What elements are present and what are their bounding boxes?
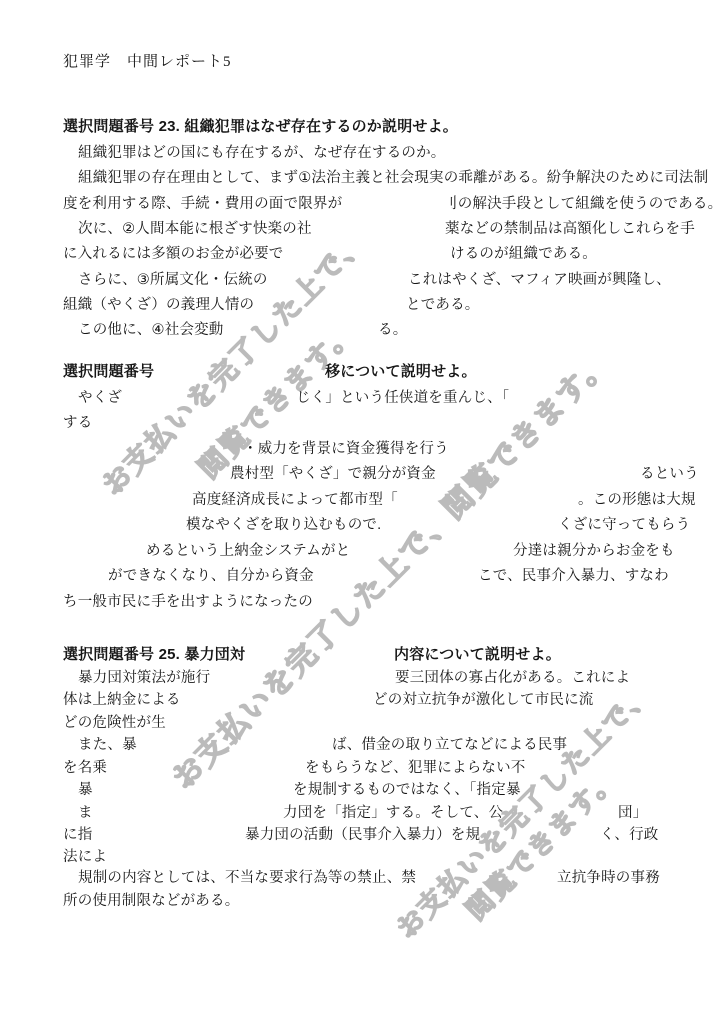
document-line: また、暴ば、借金の取り立てなどによる民事 <box>0 735 724 757</box>
document-line: 法によ <box>0 847 724 869</box>
text-fragment: また、暴 <box>78 735 137 755</box>
document-line: 暴力団対策法が施行要三団体の寡占化がある。これによ <box>0 668 724 690</box>
text-fragment: ま <box>78 803 93 823</box>
document-line: 選択問題番号移について説明せよ。 <box>0 362 724 384</box>
text-fragment: けるのが組織である。 <box>450 244 597 264</box>
text-fragment: 刂の解決手段として組織を使うのである。 <box>443 194 722 214</box>
text-fragment: を名乗 <box>63 758 107 778</box>
document-line: 模なやくざを取り込むもので.くざに守ってもらう <box>0 515 724 537</box>
document-line: 体は上納金によるどの対立抗争が激化して市民に流 <box>0 690 724 712</box>
document-line: めるという上納金システムがと分達は親分からお金をも <box>0 541 724 563</box>
document-line: さらに、③所属文化・伝統のこれはやくざ、マフィア映画が興隆し、 <box>0 270 724 292</box>
document-line: に入れるには多額のお金が必要でけるのが組織である。 <box>0 244 724 266</box>
text-fragment: る。 <box>378 320 407 340</box>
text-fragment: るという <box>640 464 699 484</box>
document-line: 農村型「やくざ」で親分が資金るという <box>0 464 724 486</box>
text-fragment: 薬などの禁制品は高額化しこれらを手 <box>445 219 695 239</box>
document-line: 所の使用制限などがある。 <box>0 891 724 913</box>
text-fragment: 度を利用する際、手続・費用の面で限界が <box>63 194 342 214</box>
text-fragment: 規制の内容としては、不当な要求行為等の禁止、禁 <box>78 868 416 888</box>
text-fragment: どの対立抗争が激化して市民に流 <box>373 690 594 710</box>
text-fragment: 暴力団の活動（民事介入暴力）を規 <box>245 825 480 845</box>
text-fragment: 高度経済成長によって都市型「 <box>192 490 398 510</box>
document-line: 組織犯罪の存在理由として、まず①法治主義と社会現実の乖離がある。紛争解決のために… <box>0 168 724 190</box>
document-line: やくざじく」という任侠道を重んじ、「 <box>0 388 724 410</box>
document-line: この他に、④社会変動る。 <box>0 320 724 342</box>
document-line: 暴を規制するものではなく、「指定暴 <box>0 780 724 802</box>
text-fragment: ち一般市民に手を出すようになったの <box>63 592 313 612</box>
text-fragment: 要三団体の寡占化がある。これによ <box>395 668 630 688</box>
text-fragment: ができなくなり、自分から資金 <box>108 566 314 586</box>
document-line: 度を利用する際、手続・費用の面で限界が刂の解決手段として組織を使うのである。 <box>0 194 724 216</box>
text-fragment: 選択問題番号 23. 組織犯罪はなぜ存在するのか説明せよ。 <box>63 117 458 137</box>
document-line: 選択問題番号 23. 組織犯罪はなぜ存在するのか説明せよ。 <box>0 117 724 139</box>
document-line: 規制の内容としては、不当な要求行為等の禁止、禁立抗争時の事務 <box>0 868 724 890</box>
text-fragment: 組織犯罪の存在理由として、まず①法治主義と社会現実の乖離がある。紛争解決のために… <box>78 168 708 188</box>
text-fragment: さらに、③所属文化・伝統の <box>78 270 268 290</box>
text-fragment: を規制するものではなく、「指定暴 <box>293 780 521 800</box>
text-fragment: 組織犯罪はどの国にも存在するが、なぜ存在するのか。 <box>78 143 446 163</box>
text-fragment: に入れるには多額のお金が必要で <box>63 244 284 264</box>
text-fragment: 模なやくざを取り込むもので. <box>186 515 381 535</box>
text-fragment: ば、借金の取り立てなどによる民事 <box>332 735 567 755</box>
text-fragment: をもらうなど、犯罪によらない不 <box>305 758 526 778</box>
text-fragment: 体は上納金による <box>63 690 181 710</box>
document-line: 高度経済成長によって都市型「。この形態は大規 <box>0 490 724 512</box>
text-fragment: めるという上納金システムがと <box>146 541 350 561</box>
text-fragment: とである。 <box>406 295 480 315</box>
text-fragment: 選択問題番号 25. 暴力団対 <box>63 645 245 665</box>
text-fragment: 次に、②人間本能に根ざす快楽の社 <box>78 219 312 239</box>
text-fragment: こで、民事介入暴力、すなわ <box>478 566 669 586</box>
text-fragment: 選択問題番号 <box>63 362 154 382</box>
text-fragment: 。この形態は大規 <box>578 490 696 510</box>
text-fragment: 法によ <box>63 847 107 867</box>
document-line: ・威力を背景に資金獲得を行う <box>0 439 724 461</box>
text-fragment: 団」 <box>618 803 647 823</box>
text-fragment: 分達は親分からお金をも <box>513 541 675 561</box>
document-page: 犯罪学 中間レポート5 選択問題番号 23. 組織犯罪はなぜ存在するのか説明せよ… <box>0 0 724 1024</box>
text-fragment: これはやくざ、マフィア映画が興隆し、 <box>408 270 671 290</box>
report-title: 犯罪学 中間レポート5 <box>63 50 232 71</box>
text-fragment: 移について説明せよ。 <box>325 362 477 382</box>
document-line: 選択問題番号 25. 暴力団対内容について説明せよ。 <box>0 645 724 667</box>
text-fragment: く、行政 <box>600 825 659 845</box>
document-line: に指暴力団の活動（民事介入暴力）を規く、行政 <box>0 825 724 847</box>
document-line: 組織（やくざ）の義理人情のとである。 <box>0 295 724 317</box>
text-fragment: じく」という任侠道を重んじ、「 <box>296 388 509 408</box>
text-fragment: 暴力団対策法が施行 <box>78 668 210 688</box>
text-fragment: この他に、④社会変動 <box>78 320 224 340</box>
text-fragment: くざに守ってもらう <box>558 515 690 535</box>
document-line: ができなくなり、自分から資金こで、民事介入暴力、すなわ <box>0 566 724 588</box>
text-fragment: 組織（やくざ）の義理人情の <box>63 295 254 315</box>
document-line: ま力団を「指定」する。そして、公団」 <box>0 803 724 825</box>
document-line: 組織犯罪はどの国にも存在するが、なぜ存在するのか。 <box>0 143 724 165</box>
document-line: を名乗をもらうなど、犯罪によらない不 <box>0 758 724 780</box>
text-fragment: 暴 <box>78 780 93 800</box>
text-fragment: 所の使用制限などがある。 <box>63 891 239 911</box>
text-fragment: する <box>63 413 92 433</box>
text-fragment: 立抗争時の事務 <box>557 868 660 888</box>
text-fragment: 力団を「指定」する。そして、公 <box>283 803 503 823</box>
text-fragment: 農村型「やくざ」で親分が資金 <box>230 464 436 484</box>
text-fragment: やくざ <box>78 388 122 408</box>
text-fragment: ・威力を背景に資金獲得を行う <box>243 439 449 459</box>
text-fragment: 内容について説明せよ。 <box>394 645 561 665</box>
document-line: 次に、②人間本能に根ざす快楽の社薬などの禁制品は高額化しこれらを手 <box>0 219 724 241</box>
document-line: どの危険性が生 <box>0 713 724 735</box>
document-line: ち一般市民に手を出すようになったの <box>0 592 724 614</box>
text-fragment: どの危険性が生 <box>63 713 166 733</box>
document-line: する <box>0 413 724 435</box>
text-fragment: に指 <box>63 825 92 845</box>
